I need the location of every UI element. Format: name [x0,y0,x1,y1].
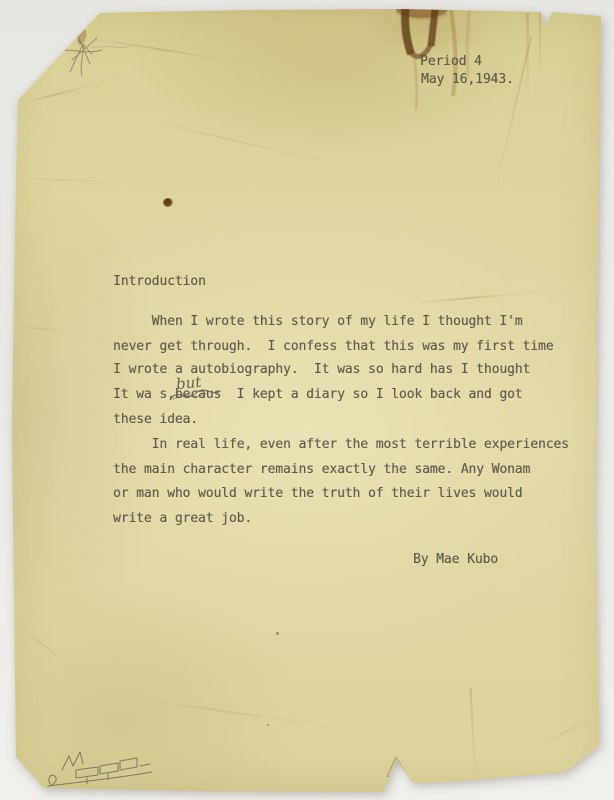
paper-crease [20,74,137,105]
paper-crease [12,324,107,338]
paper-crease [19,626,95,686]
body-line: write a great job. [113,511,252,527]
stain-streak [526,13,529,98]
torn-notch-flap [384,754,414,790]
document-title: Introduction [113,274,206,290]
scan-backdrop: Period 4 May 16,1943. Introduction When … [0,0,614,800]
stain-streak [539,13,541,83]
ink-spot [163,198,173,207]
paper-crease [96,38,309,74]
paper-crease [494,37,532,193]
body-line: or man who would write the truth of thei… [113,486,523,502]
pencil-scribble-icon [52,20,112,78]
body-line: these idea. [113,412,198,428]
handwritten-correction: but [175,373,202,394]
body-line: the main character remains exactly the s… [113,462,530,478]
paper-crease [470,688,477,783]
body-line: When I wrote this story of my life I tho… [113,314,523,330]
body-line: In real life, even after the most terrib… [113,437,569,453]
body-line: never get through. I confess that this w… [113,339,553,355]
paper-speck [276,632,279,635]
paper-crease [545,702,614,744]
paper-crease [149,700,382,735]
header-date: May 16,1943. [421,72,514,88]
body-line: It wa s,becaus I kept a diary so I look … [113,387,523,403]
pencil-doodle-icon [42,748,157,790]
paper-speck [267,724,269,726]
paper-crease [153,121,407,181]
paper-sheet: Period 4 May 16,1943. Introduction When … [0,0,614,800]
paper-crease [408,286,599,305]
signature-line: By Mae Kubo [413,552,498,568]
header-period: Period 4 [420,54,482,70]
paper-crease [12,177,172,185]
paper-wrapper: Period 4 May 16,1943. Introduction When … [0,0,614,800]
